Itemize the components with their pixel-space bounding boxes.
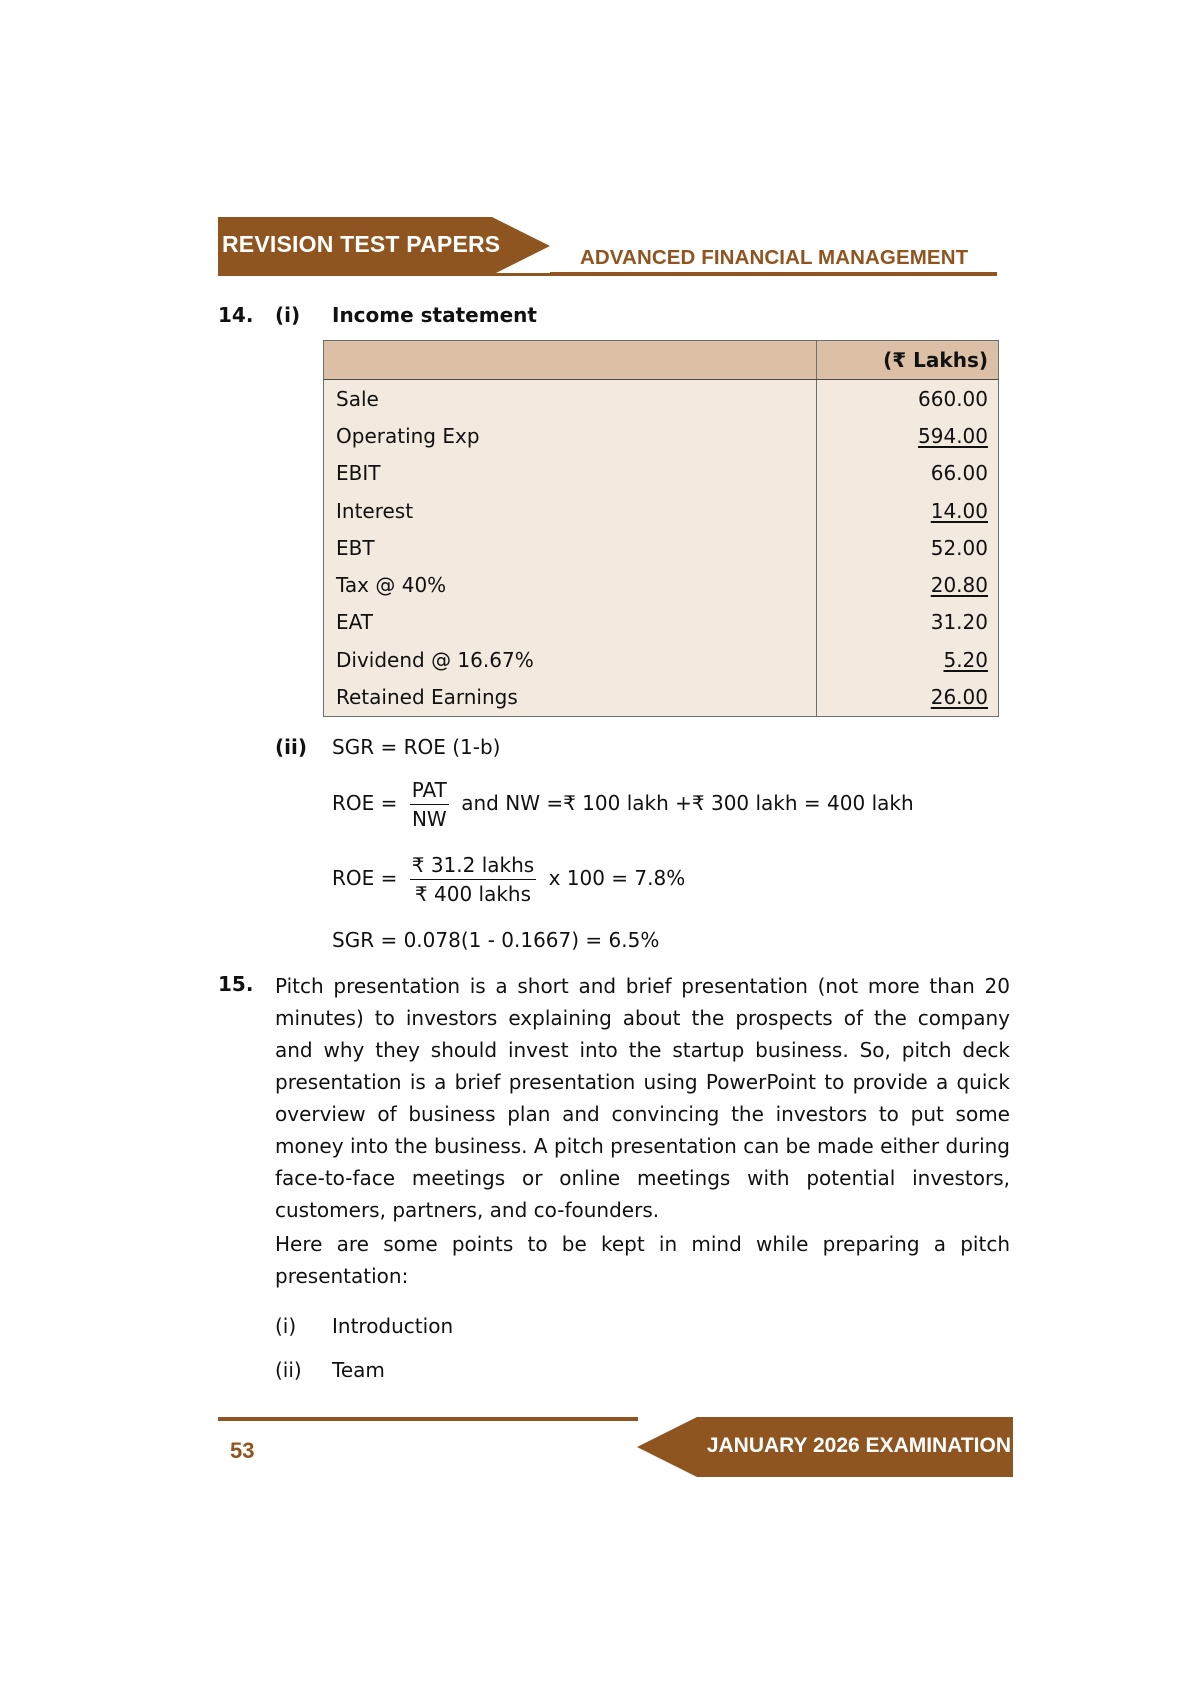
part-label: (i)	[275, 303, 300, 327]
roe-lhs: ROE =	[332, 791, 397, 815]
table-row: Tax @ 40%20.80	[324, 566, 998, 603]
header-banner-text: REVISION TEST PAPERS	[222, 231, 500, 258]
row-value: 52.00	[817, 529, 999, 566]
footer-banner: JANUARY 2026 EXAMINATION	[637, 1417, 1013, 1477]
paragraph: Here are some points to be kept in mind …	[275, 1228, 1010, 1292]
row-value-text: 31.20	[931, 610, 988, 634]
row-label: Sale	[324, 380, 817, 418]
roe-rest: and NW =₹ 100 lakh +₹ 300 lakh = 400 lak…	[461, 791, 913, 815]
table-row: Interest14.00	[324, 492, 998, 529]
table-header-unit: (₹ Lakhs)	[817, 341, 999, 380]
roe-rest: x 100 = 7.8%	[549, 866, 686, 890]
header-title: ADVANCED FINANCIAL MANAGEMENT	[580, 246, 968, 270]
paragraph: Pitch presentation is a short and brief …	[275, 970, 1010, 1226]
numerator: ₹ 31.2 lakhs	[410, 853, 536, 880]
row-value: 660.00	[817, 380, 999, 418]
row-label: EAT	[324, 604, 817, 641]
roe-lhs: ROE =	[332, 866, 397, 890]
roe-formula: ROE = PAT NW and NW =₹ 100 lakh +₹ 300 l…	[332, 778, 914, 831]
question-number: 15.	[218, 972, 253, 996]
section-title: Income statement	[332, 303, 537, 327]
list-item: Team	[332, 1358, 385, 1382]
row-value-text: 660.00	[918, 387, 988, 411]
row-value: 594.00	[817, 417, 999, 454]
table-row: Sale660.00	[324, 380, 998, 418]
row-label: Dividend @ 16.67%	[324, 641, 817, 678]
header-rule-left	[218, 273, 550, 276]
fraction: PAT NW	[410, 778, 449, 831]
header-banner: REVISION TEST PAPERS	[218, 217, 550, 275]
question-number: 14.	[218, 303, 253, 327]
roe-calculation: ROE = ₹ 31.2 lakhs ₹ 400 lakhs x 100 = 7…	[332, 853, 685, 906]
table-header-label	[324, 341, 817, 380]
footer-banner-text: JANUARY 2026 EXAMINATION	[707, 1434, 1011, 1458]
list-item-label: (ii)	[275, 1358, 302, 1382]
row-value-text: 26.00	[931, 685, 988, 709]
row-value: 31.20	[817, 604, 999, 641]
row-value: 5.20	[817, 641, 999, 678]
row-label: Interest	[324, 492, 817, 529]
table-row: EAT31.20	[324, 604, 998, 641]
row-value-text: 14.00	[931, 499, 988, 523]
table-row: Retained Earnings26.00	[324, 678, 998, 715]
row-value: 20.80	[817, 566, 999, 603]
sgr-result: SGR = 0.078(1 - 0.1667) = 6.5%	[332, 928, 659, 952]
row-label: Tax @ 40%	[324, 566, 817, 603]
table-header-row: (₹ Lakhs)	[324, 341, 998, 380]
header-rule	[550, 272, 997, 276]
table-row: EBT52.00	[324, 529, 998, 566]
list-item-label: (i)	[275, 1314, 296, 1338]
row-value: 26.00	[817, 678, 999, 715]
list-item: Introduction	[332, 1314, 453, 1338]
row-label: Operating Exp	[324, 417, 817, 454]
row-value-text: 20.80	[931, 573, 988, 597]
table-row: EBIT66.00	[324, 455, 998, 492]
row-label: EBT	[324, 529, 817, 566]
row-label: Retained Earnings	[324, 678, 817, 715]
footer-rule	[218, 1417, 638, 1421]
row-value-text: 66.00	[931, 461, 988, 485]
income-statement-table: (₹ Lakhs) Sale660.00Operating Exp594.00E…	[323, 340, 999, 717]
row-value-text: 5.20	[943, 648, 988, 672]
row-value-text: 52.00	[931, 536, 988, 560]
table-row: Dividend @ 16.67%5.20	[324, 641, 998, 678]
row-value: 14.00	[817, 492, 999, 529]
row-value: 66.00	[817, 455, 999, 492]
table-row: Operating Exp594.00	[324, 417, 998, 454]
sgr-formula: SGR = ROE (1-b)	[332, 735, 500, 759]
row-label: EBIT	[324, 455, 817, 492]
denominator: ₹ 400 lakhs	[410, 880, 536, 906]
fraction: ₹ 31.2 lakhs ₹ 400 lakhs	[410, 853, 536, 906]
row-value-text: 594.00	[918, 424, 988, 448]
numerator: PAT	[410, 778, 449, 805]
page-number: 53	[230, 1438, 254, 1464]
denominator: NW	[410, 805, 449, 831]
part-label: (ii)	[275, 735, 307, 759]
